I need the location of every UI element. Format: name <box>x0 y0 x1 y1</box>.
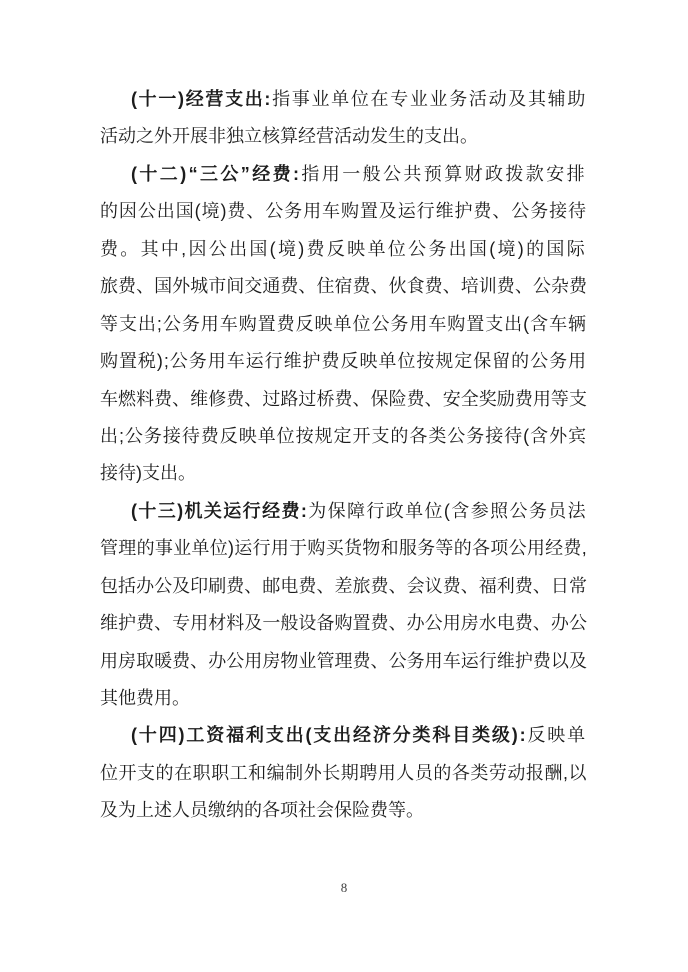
text-line: 包括办公及印刷费、邮电费、差旅费、会议费、福利费、日常 <box>100 568 587 605</box>
text-line-content: 其他费用。 <box>100 680 190 717</box>
text-line: 旅费、国外城市间交通费、住宿费、伙食费、培训费、公杂费 <box>100 268 587 305</box>
text-line-content: 等支出;公务用车购置费反映单位公务用车购置支出(含车辆 <box>100 306 587 343</box>
text-line: 维护费、专用材料及一般设备购置费、办公用房水电费、办公 <box>100 605 587 642</box>
text-line-content: 维护费、专用材料及一般设备购置费、办公用房水电费、办公 <box>100 605 587 642</box>
text-line-content: 费。其中,因公出国(境)费反映单位公务出国(境)的国际 <box>100 231 587 268</box>
text-line-content: 旅费、国外城市间交通费、住宿费、伙食费、培训费、公杂费 <box>100 268 587 305</box>
text-line-content: 接待)支出。 <box>100 455 196 492</box>
text-line-content: 出;公务接待费反映单位按规定开支的各类公务接待(含外宾 <box>100 418 587 455</box>
text-line: (十一)经营支出:指事业单位在专业业务活动及其辅助 <box>100 81 587 118</box>
text-line: (十二)“三公”经费:指用一般公共预算财政拨款安排 <box>100 156 587 193</box>
text-line-content: (十二)“三公”经费:指用一般公共预算财政拨款安排 <box>131 156 587 193</box>
text-line: 费。其中,因公出国(境)费反映单位公务出国(境)的国际 <box>100 231 587 268</box>
text-line: 活动之外开展非独立核算经营活动发生的支出。 <box>100 118 587 155</box>
text-line: 其他费用。 <box>100 680 587 717</box>
text-line-content: 包括办公及印刷费、邮电费、差旅费、会议费、福利费、日常 <box>100 568 587 605</box>
text-line: 车燃料费、维修费、过路过桥费、保险费、安全奖励费用等支 <box>100 381 587 418</box>
term-heading: (十一)经营支出: <box>131 89 272 109</box>
document-body: (十一)经营支出:指事业单位在专业业务活动及其辅助活动之外开展非独立核算经营活动… <box>100 81 587 830</box>
text-line: 管理的事业单位)运行用于购买货物和服务等的各项公用经费, <box>100 530 587 567</box>
text-line-content: 购置税);公务用车运行维护费反映单位按规定保留的公务用 <box>100 343 587 380</box>
text-line-content: 的因公出国(境)费、公务用车购置及运行维护费、公务接待 <box>100 193 587 230</box>
text-line-content: (十四)工资福利支出(支出经济分类科目类级):反映单 <box>131 717 587 754</box>
text-line-content: 位开支的在职职工和编制外长期聘用人员的各类劳动报酬,以 <box>100 755 587 792</box>
text-line: 的因公出国(境)费、公务用车购置及运行维护费、公务接待 <box>100 193 587 230</box>
term-heading: (十二)“三公”经费: <box>131 164 301 184</box>
document-page: (十一)经营支出:指事业单位在专业业务活动及其辅助活动之外开展非独立核算经营活动… <box>0 0 688 972</box>
page-number: 8 <box>0 879 688 897</box>
text-line-content: (十一)经营支出:指事业单位在专业业务活动及其辅助 <box>131 81 587 118</box>
text-line-content: 活动之外开展非独立核算经营活动发生的支出。 <box>100 118 478 155</box>
text-line: 接待)支出。 <box>100 455 587 492</box>
text-line: 出;公务接待费反映单位按规定开支的各类公务接待(含外宾 <box>100 418 587 455</box>
text-line: (十四)工资福利支出(支出经济分类科目类级):反映单 <box>100 717 587 754</box>
text-line: 等支出;公务用车购置费反映单位公务用车购置支出(含车辆 <box>100 306 587 343</box>
text-line-content: (十三)机关运行经费:为保障行政单位(含参照公务员法 <box>131 493 587 530</box>
term-heading: (十三)机关运行经费: <box>131 501 308 521</box>
text-line-content: 及为上述人员缴纳的各项社会保险费等。 <box>100 792 424 829</box>
text-line-content: 管理的事业单位)运行用于购买货物和服务等的各项公用经费, <box>100 530 587 567</box>
text-line: 购置税);公务用车运行维护费反映单位按规定保留的公务用 <box>100 343 587 380</box>
text-line: 位开支的在职职工和编制外长期聘用人员的各类劳动报酬,以 <box>100 755 587 792</box>
text-line: 用房取暖费、办公用房物业管理费、公务用车运行维护费以及 <box>100 643 587 680</box>
text-line: (十三)机关运行经费:为保障行政单位(含参照公务员法 <box>100 493 587 530</box>
text-line: 及为上述人员缴纳的各项社会保险费等。 <box>100 792 587 829</box>
term-heading: (十四)工资福利支出(支出经济分类科目类级): <box>131 725 527 745</box>
text-line-content: 车燃料费、维修费、过路过桥费、保险费、安全奖励费用等支 <box>100 381 587 418</box>
text-line-content: 用房取暖费、办公用房物业管理费、公务用车运行维护费以及 <box>100 643 587 680</box>
